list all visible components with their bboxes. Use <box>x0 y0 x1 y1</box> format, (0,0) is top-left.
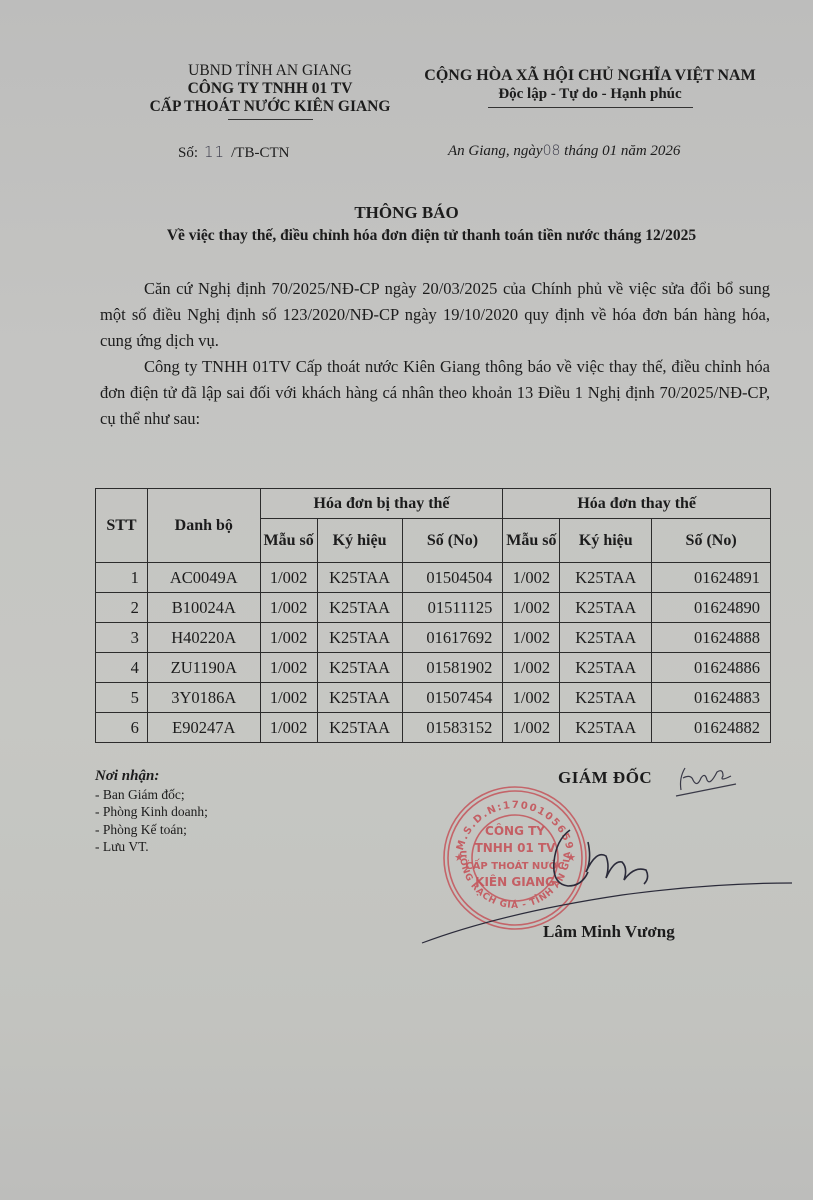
table-row: 3H40220A1/002K25TAA016176921/002K25TAA01… <box>96 623 771 653</box>
date-line: An Giang, ngày08 tháng 01 năm 2026 <box>448 143 680 160</box>
recipient-item: - Lưu VT. <box>95 838 208 856</box>
cell-old-mau-so: 1/002 <box>260 713 317 743</box>
header-old-mau-so: Mẫu số <box>260 519 317 563</box>
issuer-underline <box>228 119 313 120</box>
table-row: 6E90247A1/002K25TAA015831521/002K25TAA01… <box>96 713 771 743</box>
table-row: 4ZU1190A1/002K25TAA015819021/002K25TAA01… <box>96 653 771 683</box>
document-page: UBND TỈNH AN GIANG CÔNG TY TNHH 01 TV CẤ… <box>0 0 813 1200</box>
cell-old-mau-so: 1/002 <box>260 623 317 653</box>
header-old-so: Số (No) <box>402 519 503 563</box>
cell-new-ky-hieu: K25TAA <box>560 623 652 653</box>
company-seal-icon: M.S.D.N:1700105659 PHƯỜNG RẠCH GIÁ - TỈN… <box>440 783 590 933</box>
header-stt: STT <box>96 489 148 563</box>
issuer-authority: UBND TỈNH AN GIANG <box>120 62 420 80</box>
cell-new-ky-hieu: K25TAA <box>560 593 652 623</box>
cell-danh-bo: 3Y0186A <box>147 683 260 713</box>
cell-stt: 1 <box>96 563 148 593</box>
svg-text:★: ★ <box>454 851 464 864</box>
cell-old-so: 01511125 <box>402 593 503 623</box>
svg-text:CÔNG TY: CÔNG TY <box>485 823 545 838</box>
initials-mark-icon <box>676 768 736 796</box>
svg-text:TNHH 01 TV: TNHH 01 TV <box>475 841 557 855</box>
cell-old-so: 01617692 <box>402 623 503 653</box>
cell-old-ky-hieu: K25TAA <box>317 623 402 653</box>
header-new-so: Số (No) <box>652 519 771 563</box>
recipients-heading: Nơi nhận: <box>95 768 208 786</box>
cell-stt: 2 <box>96 593 148 623</box>
cell-new-mau-so: 1/002 <box>503 683 560 713</box>
paragraph-announcement: Công ty TNHH 01TV Cấp thoát nước Kiên Gi… <box>100 354 770 432</box>
cell-old-ky-hieu: K25TAA <box>317 593 402 623</box>
document-title: THÔNG BÁO <box>0 203 813 223</box>
cell-new-ky-hieu: K25TAA <box>560 653 652 683</box>
cell-old-ky-hieu: K25TAA <box>317 713 402 743</box>
reference-prefix: Số: <box>178 145 198 161</box>
header-danh-bo: Danh bộ <box>147 489 260 563</box>
svg-text:KIÊN GIANG: KIÊN GIANG <box>475 874 555 889</box>
cell-old-ky-hieu: K25TAA <box>317 683 402 713</box>
date-prefix: An Giang, ngày <box>448 143 543 159</box>
svg-text:★: ★ <box>566 851 576 864</box>
cell-stt: 4 <box>96 653 148 683</box>
header-new-ky-hieu: Ký hiệu <box>560 519 652 563</box>
cell-old-so: 01507454 <box>402 683 503 713</box>
recipient-item: - Phòng Kế toán; <box>95 821 208 839</box>
invoice-table: STT Danh bộ Hóa đơn bị thay thế Hóa đơn … <box>95 488 771 743</box>
cell-stt: 3 <box>96 623 148 653</box>
cell-old-so: 01504504 <box>402 563 503 593</box>
table-row: 2B10024A1/002K25TAA015111251/002K25TAA01… <box>96 593 771 623</box>
cell-new-ky-hieu: K25TAA <box>560 563 652 593</box>
table-row: 53Y0186A1/002K25TAA015074541/002K25TAA01… <box>96 683 771 713</box>
svg-text:CẤP THOÁT NƯỚC: CẤP THOÁT NƯỚC <box>465 857 564 872</box>
cell-danh-bo: H40220A <box>147 623 260 653</box>
cell-new-mau-so: 1/002 <box>503 623 560 653</box>
cell-new-ky-hieu: K25TAA <box>560 713 652 743</box>
recipient-item: - Ban Giám đốc; <box>95 786 208 804</box>
document-subtitle: Về việc thay thế, điều chỉnh hóa đơn điệ… <box>0 227 813 245</box>
cell-new-mau-so: 1/002 <box>503 713 560 743</box>
cell-old-so: 01583152 <box>402 713 503 743</box>
cell-new-mau-so: 1/002 <box>503 593 560 623</box>
cell-old-so: 01581902 <box>402 653 503 683</box>
header-new-mau-so: Mẫu số <box>503 519 560 563</box>
cell-old-ky-hieu: K25TAA <box>317 653 402 683</box>
cell-danh-bo: B10024A <box>147 593 260 623</box>
cell-old-mau-so: 1/002 <box>260 683 317 713</box>
cell-new-so: 01624883 <box>652 683 771 713</box>
recipients-block: Nơi nhận: - Ban Giám đốc; - Phòng Kinh d… <box>95 768 208 856</box>
cell-new-so: 01624888 <box>652 623 771 653</box>
cell-new-so: 01624886 <box>652 653 771 683</box>
reference-suffix: /TB-CTN <box>231 145 289 161</box>
paragraph-legal-basis: Căn cứ Nghị định 70/2025/NĐ-CP ngày 20/0… <box>100 276 770 354</box>
country-name: CỘNG HÒA XÃ HỘI CHỦ NGHĨA VIỆT NAM <box>400 66 780 85</box>
invoice-table-body: 1AC0049A1/002K25TAA015045041/002K25TAA01… <box>96 563 771 743</box>
issuer-company-name: CẤP THOÁT NƯỚC KIÊN GIANG <box>120 98 420 116</box>
cell-new-mau-so: 1/002 <box>503 563 560 593</box>
header-group-replacement: Hóa đơn thay thế <box>503 489 771 519</box>
issuer-header: UBND TỈNH AN GIANG CÔNG TY TNHH 01 TV CẤ… <box>120 62 420 120</box>
cell-old-mau-so: 1/002 <box>260 563 317 593</box>
cell-danh-bo: AC0049A <box>147 563 260 593</box>
reference-number: Số:11/TB-CTN <box>178 143 289 162</box>
reference-handwritten-number: 11 <box>204 143 225 161</box>
cell-stt: 5 <box>96 683 148 713</box>
cell-danh-bo: E90247A <box>147 713 260 743</box>
cell-new-ky-hieu: K25TAA <box>560 683 652 713</box>
national-motto: CỘNG HÒA XÃ HỘI CHỦ NGHĨA VIỆT NAM Độc l… <box>400 66 780 108</box>
cell-new-so: 01624882 <box>652 713 771 743</box>
motto: Độc lập - Tự do - Hạnh phúc <box>400 85 780 104</box>
date-handwritten-day: 08 <box>543 143 561 159</box>
cell-old-mau-so: 1/002 <box>260 653 317 683</box>
cell-old-mau-so: 1/002 <box>260 593 317 623</box>
cell-danh-bo: ZU1190A <box>147 653 260 683</box>
date-suffix: tháng 01 năm 2026 <box>560 143 680 159</box>
motto-underline <box>488 107 693 108</box>
cell-new-so: 01624891 <box>652 563 771 593</box>
header-group-replaced: Hóa đơn bị thay thế <box>260 489 503 519</box>
header-old-ky-hieu: Ký hiệu <box>317 519 402 563</box>
issuer-company: CÔNG TY TNHH 01 TV <box>120 80 420 98</box>
cell-old-ky-hieu: K25TAA <box>317 563 402 593</box>
table-row: 1AC0049A1/002K25TAA015045041/002K25TAA01… <box>96 563 771 593</box>
cell-stt: 6 <box>96 713 148 743</box>
recipient-item: - Phòng Kinh doanh; <box>95 803 208 821</box>
body-text: Căn cứ Nghị định 70/2025/NĐ-CP ngày 20/0… <box>100 276 770 432</box>
cell-new-mau-so: 1/002 <box>503 653 560 683</box>
cell-new-so: 01624890 <box>652 593 771 623</box>
